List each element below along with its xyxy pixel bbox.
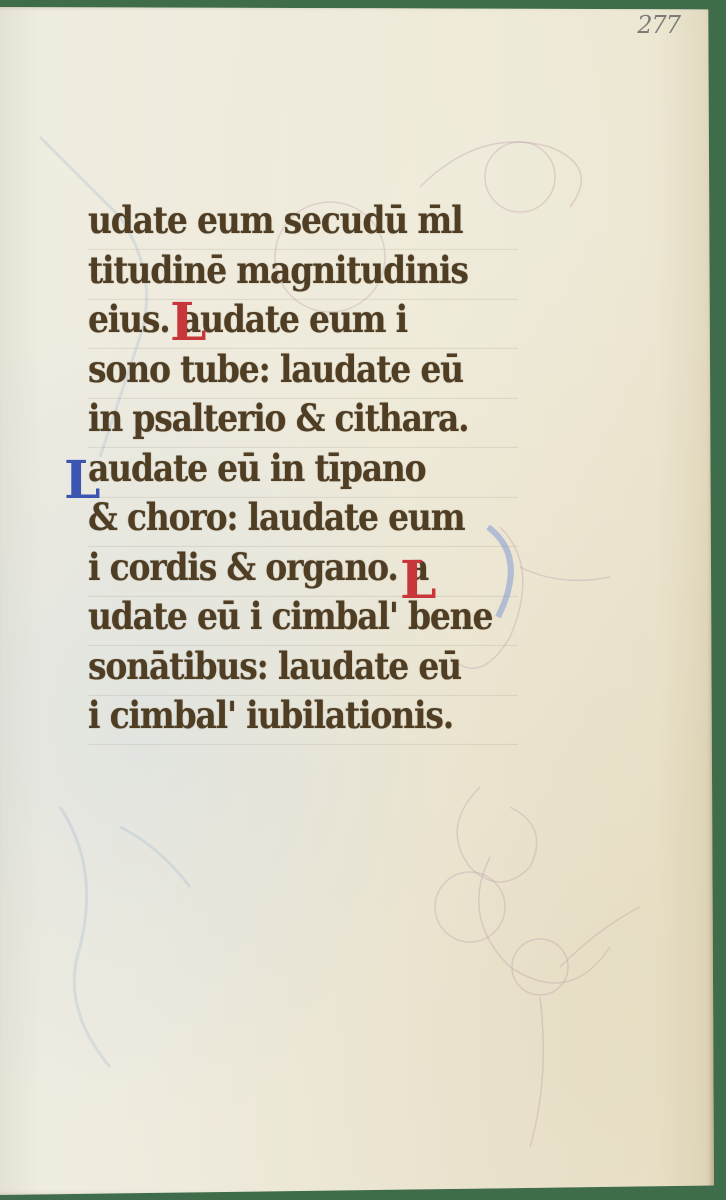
red-initial-l-2: L [400,555,437,607]
text-line-11: i cimbal' iubilationis. [88,689,518,744]
text-line-1: udate eum secudū m̄l [88,194,518,249]
text-line-6: audate eū in tīpano [88,442,518,497]
red-initial-l: L [170,297,207,349]
text-line-10: sonātibus: laudate eū [88,640,518,695]
folio-number: 277 [637,11,680,39]
blue-initial-l: L [64,455,101,507]
text-block: udate eum secudū m̄l titudinē magnitudin… [88,197,518,742]
text-line-2: titudinē magnitudinis [88,244,518,299]
text-line-9: udate eū i cimbal' bene [88,590,518,645]
text-line-8: i cordis & organo. a [88,541,518,596]
manuscript-page: 277 udate eum secudū m̄l titudinē magnit… [0,7,714,1195]
text-line-5: in psalterio & cithara. [88,392,518,447]
text-line-4: sono tube: laudate eū [88,343,518,398]
text-line-7: & choro: laudate eum [88,491,518,546]
text-line-3: eius. audate eum i [88,293,518,348]
